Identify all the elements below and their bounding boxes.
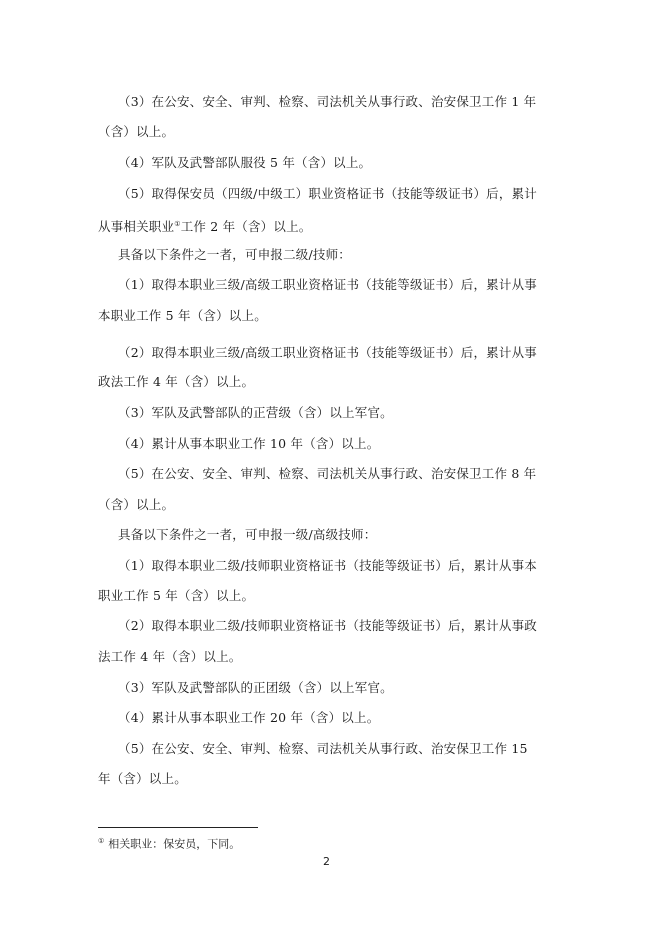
footnote-text: 相关职业：保安员，下同。 <box>108 838 240 851</box>
paragraph-line: （3）军队及武警部队的正团级（含）以上军官。 <box>118 680 393 696</box>
paragraph-line: （2）取得本职业三级/高级工职业资格证书（技能等级证书）后，累计从事 <box>118 345 537 361</box>
paragraph-line: （2）取得本职业二级/技师职业资格证书（技能等级证书）后，累计从事政 <box>118 618 537 634</box>
section-heading-line: 具备以下条件之一者，可申报二级/技师： <box>118 247 351 263</box>
paragraph-line: 年（含）以上。 <box>98 771 187 787</box>
paragraph-line: 职业工作 5 年（含）以上。 <box>98 588 254 604</box>
paragraph-line: （1）取得本职业三级/高级工职业资格证书（技能等级证书）后，累计从事 <box>118 277 537 293</box>
paragraph-line: （3）军队及武警部队的正营级（含）以上军官。 <box>118 405 393 421</box>
paragraph-line: 法工作 4 年（含）以上。 <box>98 649 242 665</box>
paragraph-line: （4）累计从事本职业工作 20 年（含）以上。 <box>118 710 379 726</box>
section-heading-line: 具备以下条件之一者，可申报一级/高级技师： <box>118 527 376 543</box>
paragraph-line: （5）取得保安员（四级/中级工）职业资格证书（技能等级证书）后，累计 <box>118 186 537 202</box>
page-number: 2 <box>323 855 330 868</box>
footnote: ①相关职业：保安员，下同。 <box>98 834 240 852</box>
paragraph-line: （含）以上。 <box>98 497 174 513</box>
line-text: 从事相关职业 <box>98 219 174 234</box>
paragraph-line: （5）在公安、安全、审判、检察、司法机关从事行政、治安保卫工作 8 年 <box>118 466 536 482</box>
footnote-divider <box>98 827 258 828</box>
document-page: （3）在公安、安全、审判、检察、司法机关从事行政、治安保卫工作 1 年 （含）以… <box>0 0 655 927</box>
paragraph-line: 本职业工作 5 年（含）以上。 <box>98 308 267 324</box>
paragraph-line: （3）在公安、安全、审判、检察、司法机关从事行政、治安保卫工作 1 年 <box>118 94 536 110</box>
paragraph-line: （含）以上。 <box>98 124 174 140</box>
paragraph-line: 政法工作 4 年（含）以上。 <box>98 374 254 390</box>
footnote-marker: ① <box>98 837 104 845</box>
paragraph-line: （5）在公安、安全、审判、检察、司法机关从事行政、治安保卫工作 15 <box>118 741 528 757</box>
paragraph-line: 从事相关职业①工作 2 年（含）以上。 <box>98 216 312 235</box>
paragraph-line: （1）取得本职业二级/技师职业资格证书（技能等级证书）后，累计从事本 <box>118 558 537 574</box>
paragraph-line: （4）军队及武警部队服役 5 年（含）以上。 <box>118 155 371 171</box>
line-text: 工作 2 年（含）以上。 <box>181 219 312 234</box>
paragraph-line: （4）累计从事本职业工作 10 年（含）以上。 <box>118 436 379 452</box>
